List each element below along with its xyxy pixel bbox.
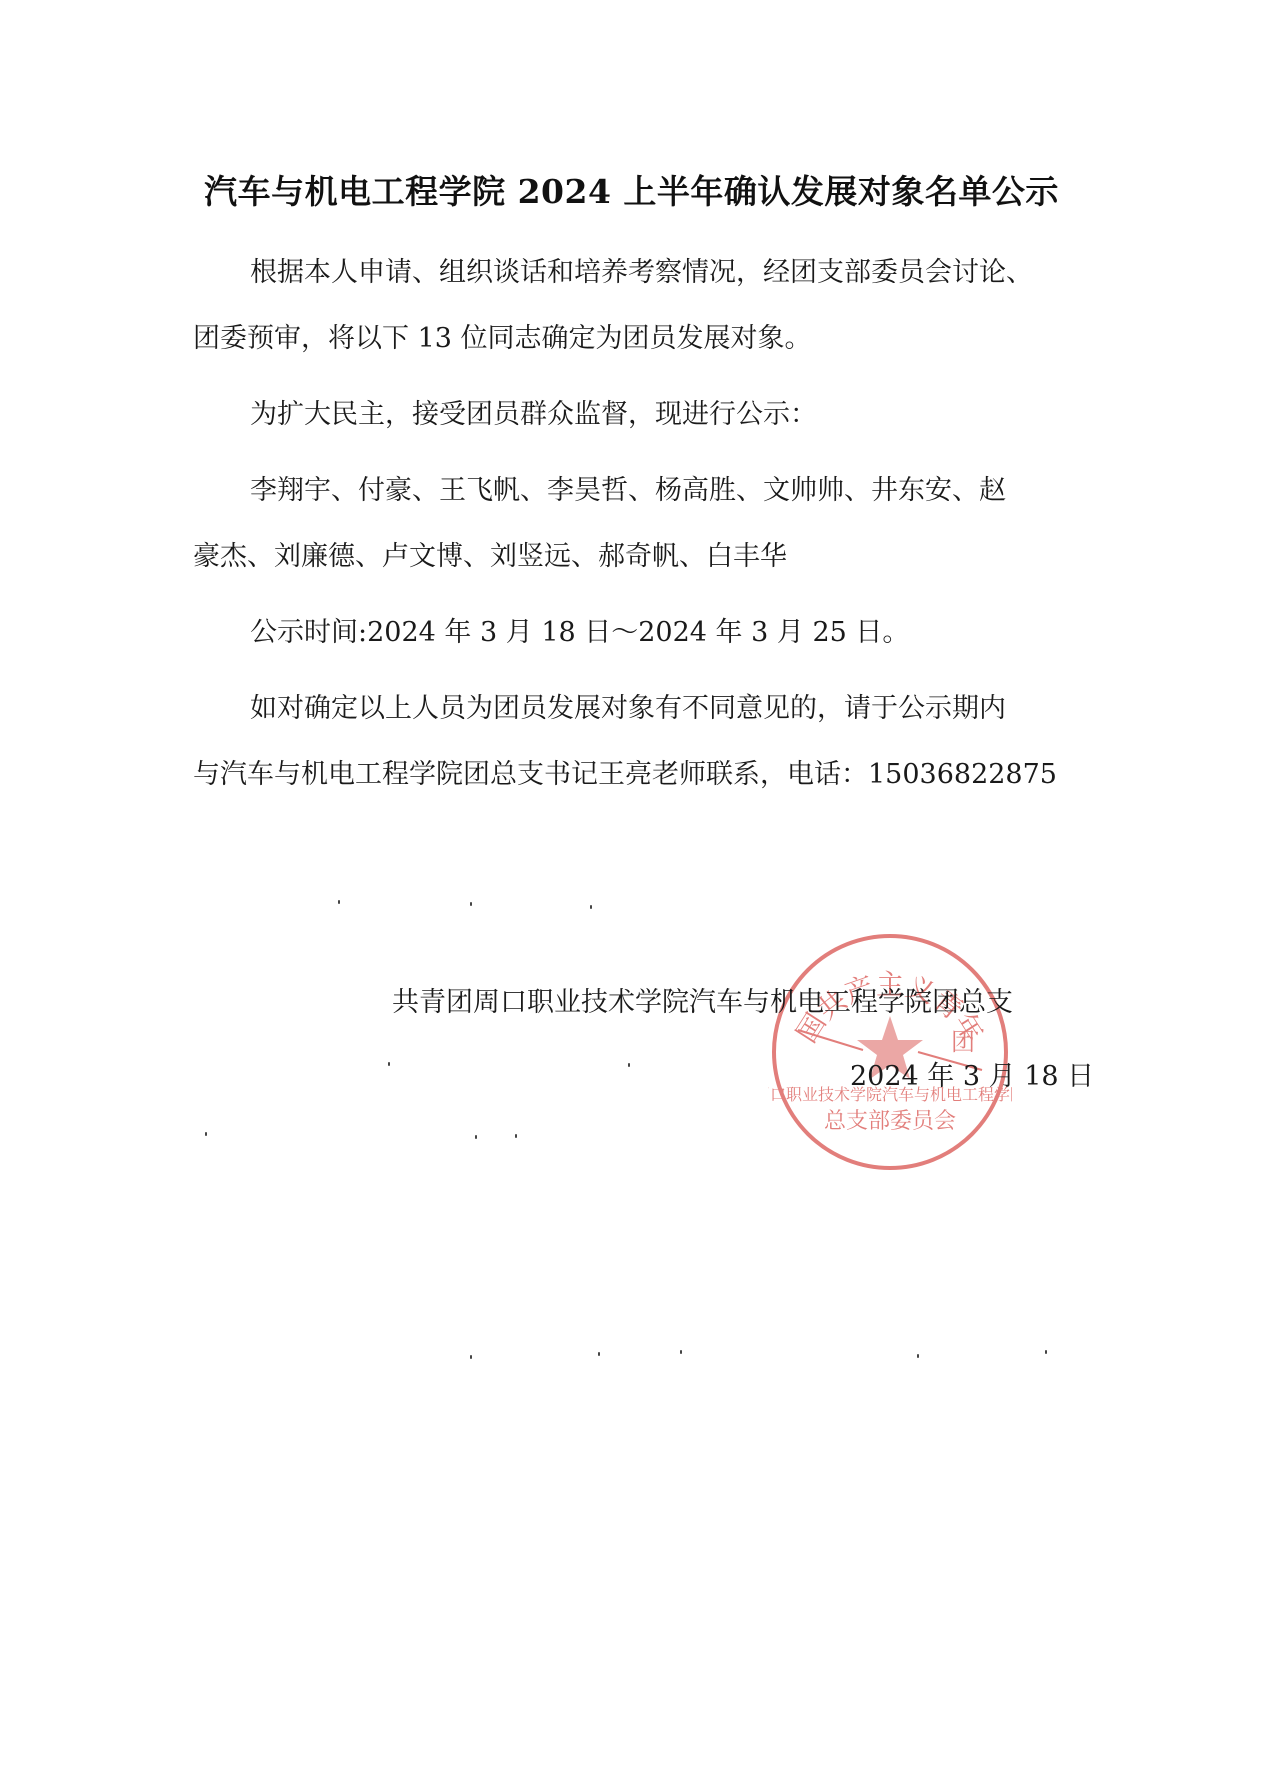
document-page: 汽车与机电工程学院 2024 上半年确认发展对象名单公示 根据本人申请、组织谈话… <box>0 0 1263 1788</box>
scan-speck <box>205 1132 207 1136</box>
scan-speck <box>338 900 340 904</box>
paragraph-1-line-1: 根据本人申请、组织谈话和培养考察情况，经团支部委员会讨论、 <box>250 256 1033 290</box>
scan-speck <box>917 1354 919 1358</box>
scan-speck <box>590 905 592 909</box>
signature-date: 2024 年 3 月 18 日 <box>850 1060 1094 1094</box>
svg-text:团: 团 <box>951 1028 975 1056</box>
candidate-list-line-2: 豪杰、刘廉德、卢文博、刘竖远、郝奇帆、白丰华 <box>193 540 787 574</box>
official-seal-stamp: 国共产主义青年 团 周口职业技术学院汽车与机电工程学院 总支部委员会 <box>768 930 1012 1174</box>
contact-line: 与汽车与机电工程学院团总支书记王亮老师联系，电话：15036822875 <box>193 758 1057 792</box>
scan-speck <box>680 1350 682 1354</box>
publicity-period: 公示时间:2024 年 3 月 18 日～2024 年 3 月 25 日。 <box>250 616 909 650</box>
svg-text:总支部委员会: 总支部委员会 <box>824 1109 956 1134</box>
scan-speck <box>470 902 472 906</box>
candidate-list-line-1: 李翔宇、付豪、王飞帆、李昊哲、杨高胜、文帅帅、井东安、赵 <box>250 474 1006 508</box>
paragraph-1-line-2: 团委预审，将以下 13 位同志确定为团员发展对象。 <box>193 322 812 356</box>
scan-speck <box>470 1355 472 1359</box>
scan-speck <box>388 1062 390 1066</box>
scan-speck <box>628 1063 630 1067</box>
scan-speck <box>475 1135 477 1139</box>
signature-organization: 共青团周口职业技术学院汽车与机电工程学院团总支 <box>392 986 1013 1020</box>
scan-speck <box>515 1134 517 1138</box>
scan-speck <box>598 1352 600 1356</box>
paragraph-5-line-1: 如对确定以上人员为团员发展对象有不同意见的，请于公示期内 <box>250 692 1006 726</box>
paragraph-2-line-1: 为扩大民主，接受团员群众监督，现进行公示： <box>250 398 817 432</box>
scan-speck <box>1045 1350 1047 1354</box>
document-title: 汽车与机电工程学院 2024 上半年确认发展对象名单公示 <box>0 172 1263 212</box>
